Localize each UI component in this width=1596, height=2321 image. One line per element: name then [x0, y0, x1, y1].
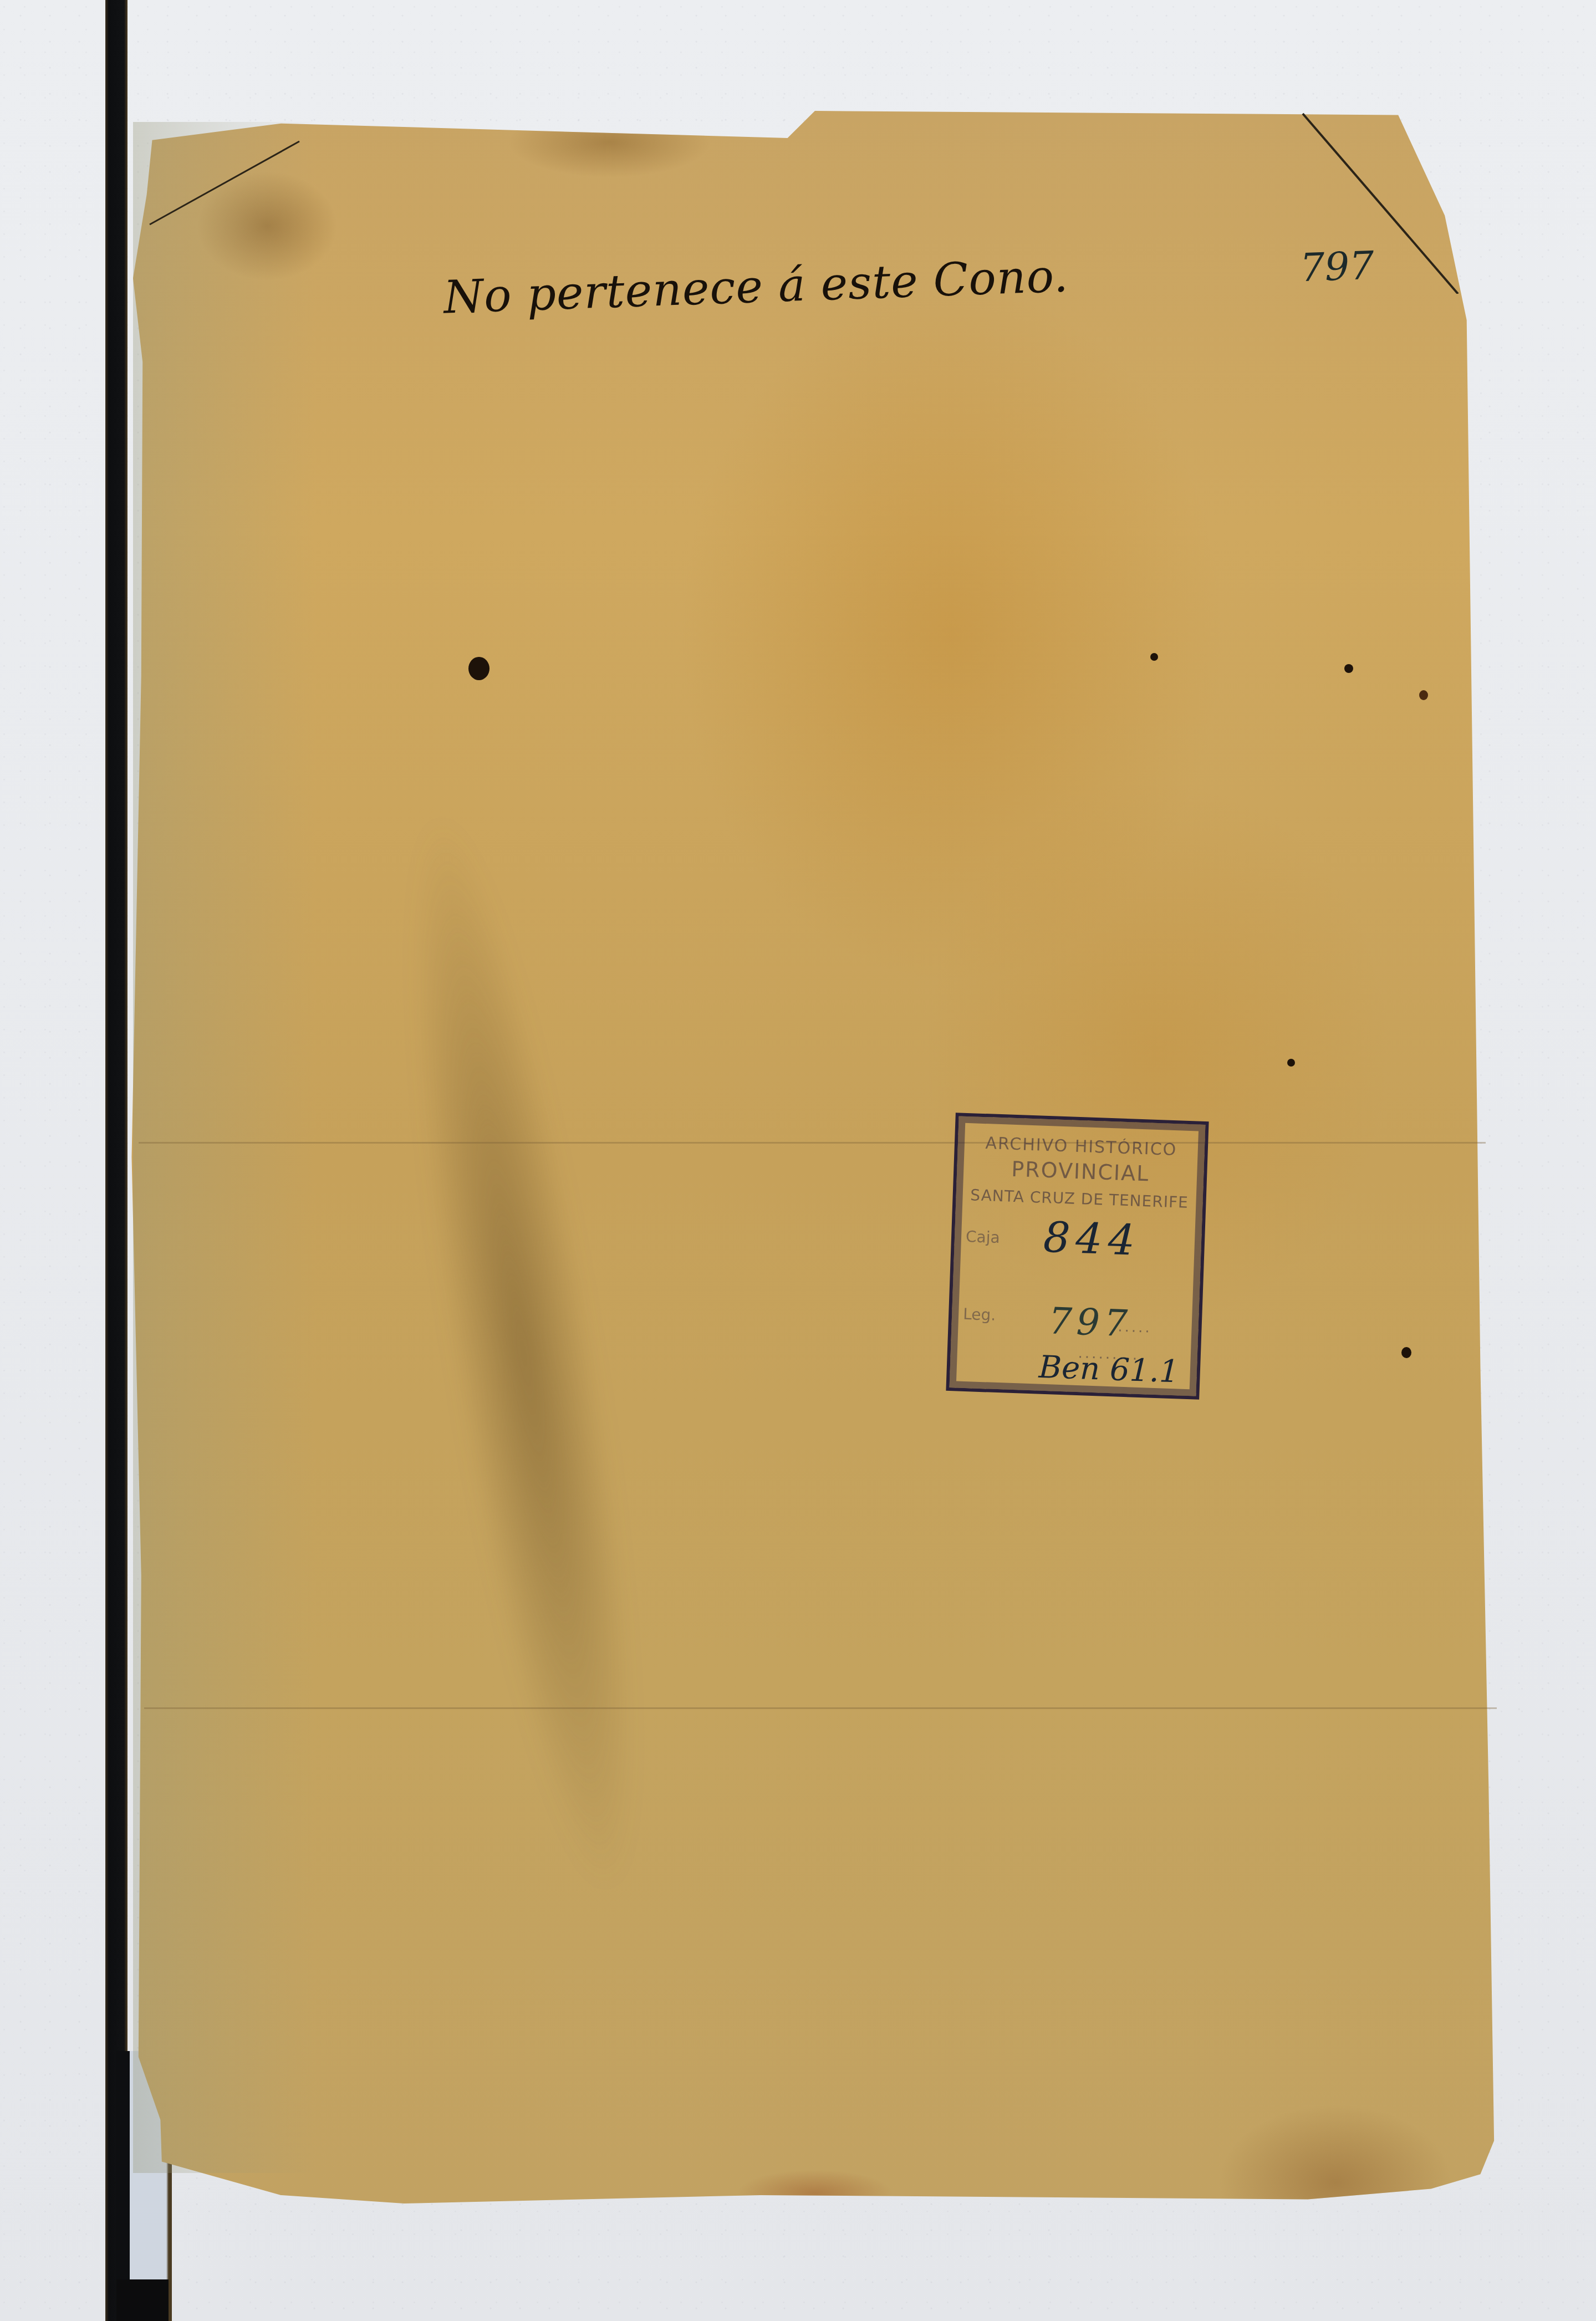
ink-speck	[1401, 1347, 1411, 1358]
stamp-signature-value: Ben 61.1	[1038, 1349, 1180, 1390]
stamp-location: SANTA CRUZ DE TENERIFE	[967, 1186, 1192, 1212]
stamp-dotted-line: .....	[1118, 1319, 1152, 1337]
archive-stamp: ARCHIVO HISTÓRICO PROVINCIAL SANTA CRUZ …	[946, 1113, 1209, 1400]
ink-speck	[1419, 690, 1428, 700]
stamp-caja-label: Caja	[966, 1227, 1001, 1247]
binding-strip	[105, 0, 128, 2321]
stamp-caja-value: 844	[1043, 1212, 1141, 1265]
stamp-provincial: PROVINCIAL	[968, 1155, 1193, 1187]
manuscript-page	[130, 111, 1500, 2203]
ink-speck	[1287, 1059, 1295, 1067]
stamp-legajo-label: Leg.	[963, 1305, 996, 1324]
binding-block	[116, 2279, 169, 2321]
folio-number: 797	[1299, 243, 1375, 291]
ink-blot	[468, 657, 489, 680]
ink-speck	[1344, 664, 1353, 673]
ink-speck	[1150, 653, 1158, 661]
